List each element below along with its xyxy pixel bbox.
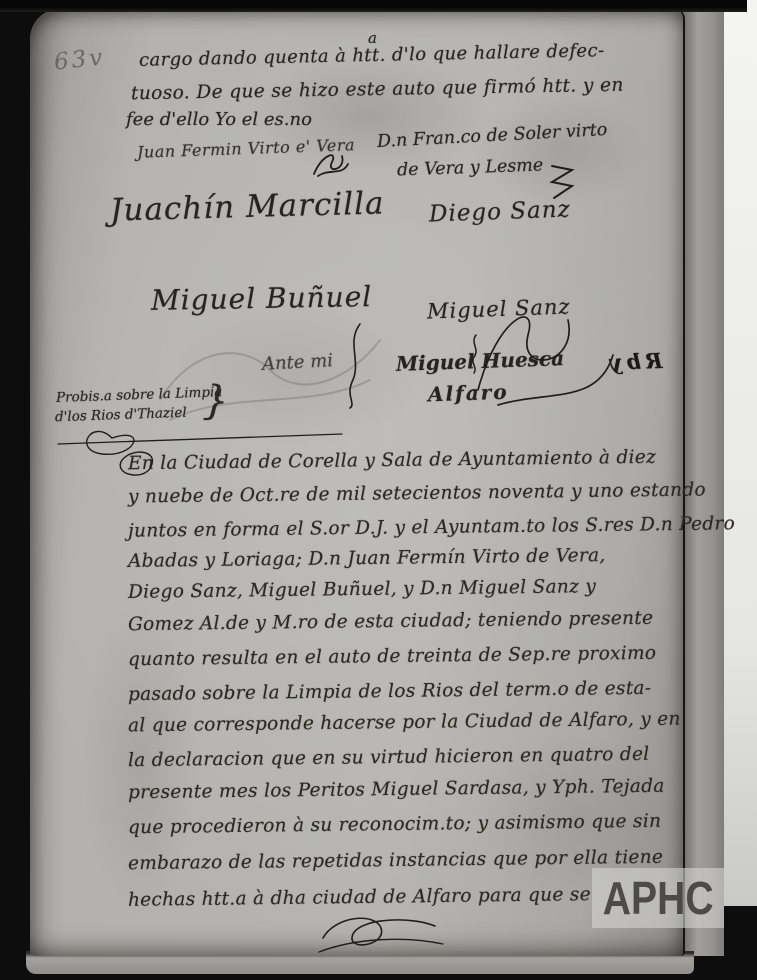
flourish-stroke <box>478 317 569 390</box>
flourish-stroke <box>160 340 380 400</box>
folio-number: 63v <box>53 44 107 75</box>
margin-note-underline <box>52 420 352 490</box>
flourish-stroke <box>552 166 572 198</box>
flourish-stroke <box>473 335 476 373</box>
paraph-bottom <box>315 908 450 960</box>
flourish-stroke <box>498 355 613 405</box>
flourish-stroke <box>120 452 152 475</box>
backdrop-top-band <box>0 0 747 12</box>
flourish-stroke <box>319 939 443 952</box>
header-line-3: fee d'ello Yo el es.no <box>126 109 312 130</box>
signature-marcilla: Juachín Marcilla <box>110 185 385 228</box>
rubric-juan-fermin <box>312 146 352 180</box>
flourish-huesca <box>468 295 618 420</box>
flourish-stroke <box>170 380 370 420</box>
aphc-watermark: APHC <box>592 868 724 928</box>
manuscript-photo: 63v a cargo dando quenta à htt. d'lo que… <box>0 0 757 980</box>
signature-bunuel: Miguel Buñuel <box>151 280 373 317</box>
flourish-stroke <box>314 155 348 176</box>
flourish-stroke <box>58 434 342 444</box>
rubric-lesme <box>548 162 576 204</box>
faint-showthrough-scribble <box>150 320 390 430</box>
facing-page-white-edge <box>722 0 757 906</box>
aphc-watermark-text: APHC <box>603 875 714 921</box>
